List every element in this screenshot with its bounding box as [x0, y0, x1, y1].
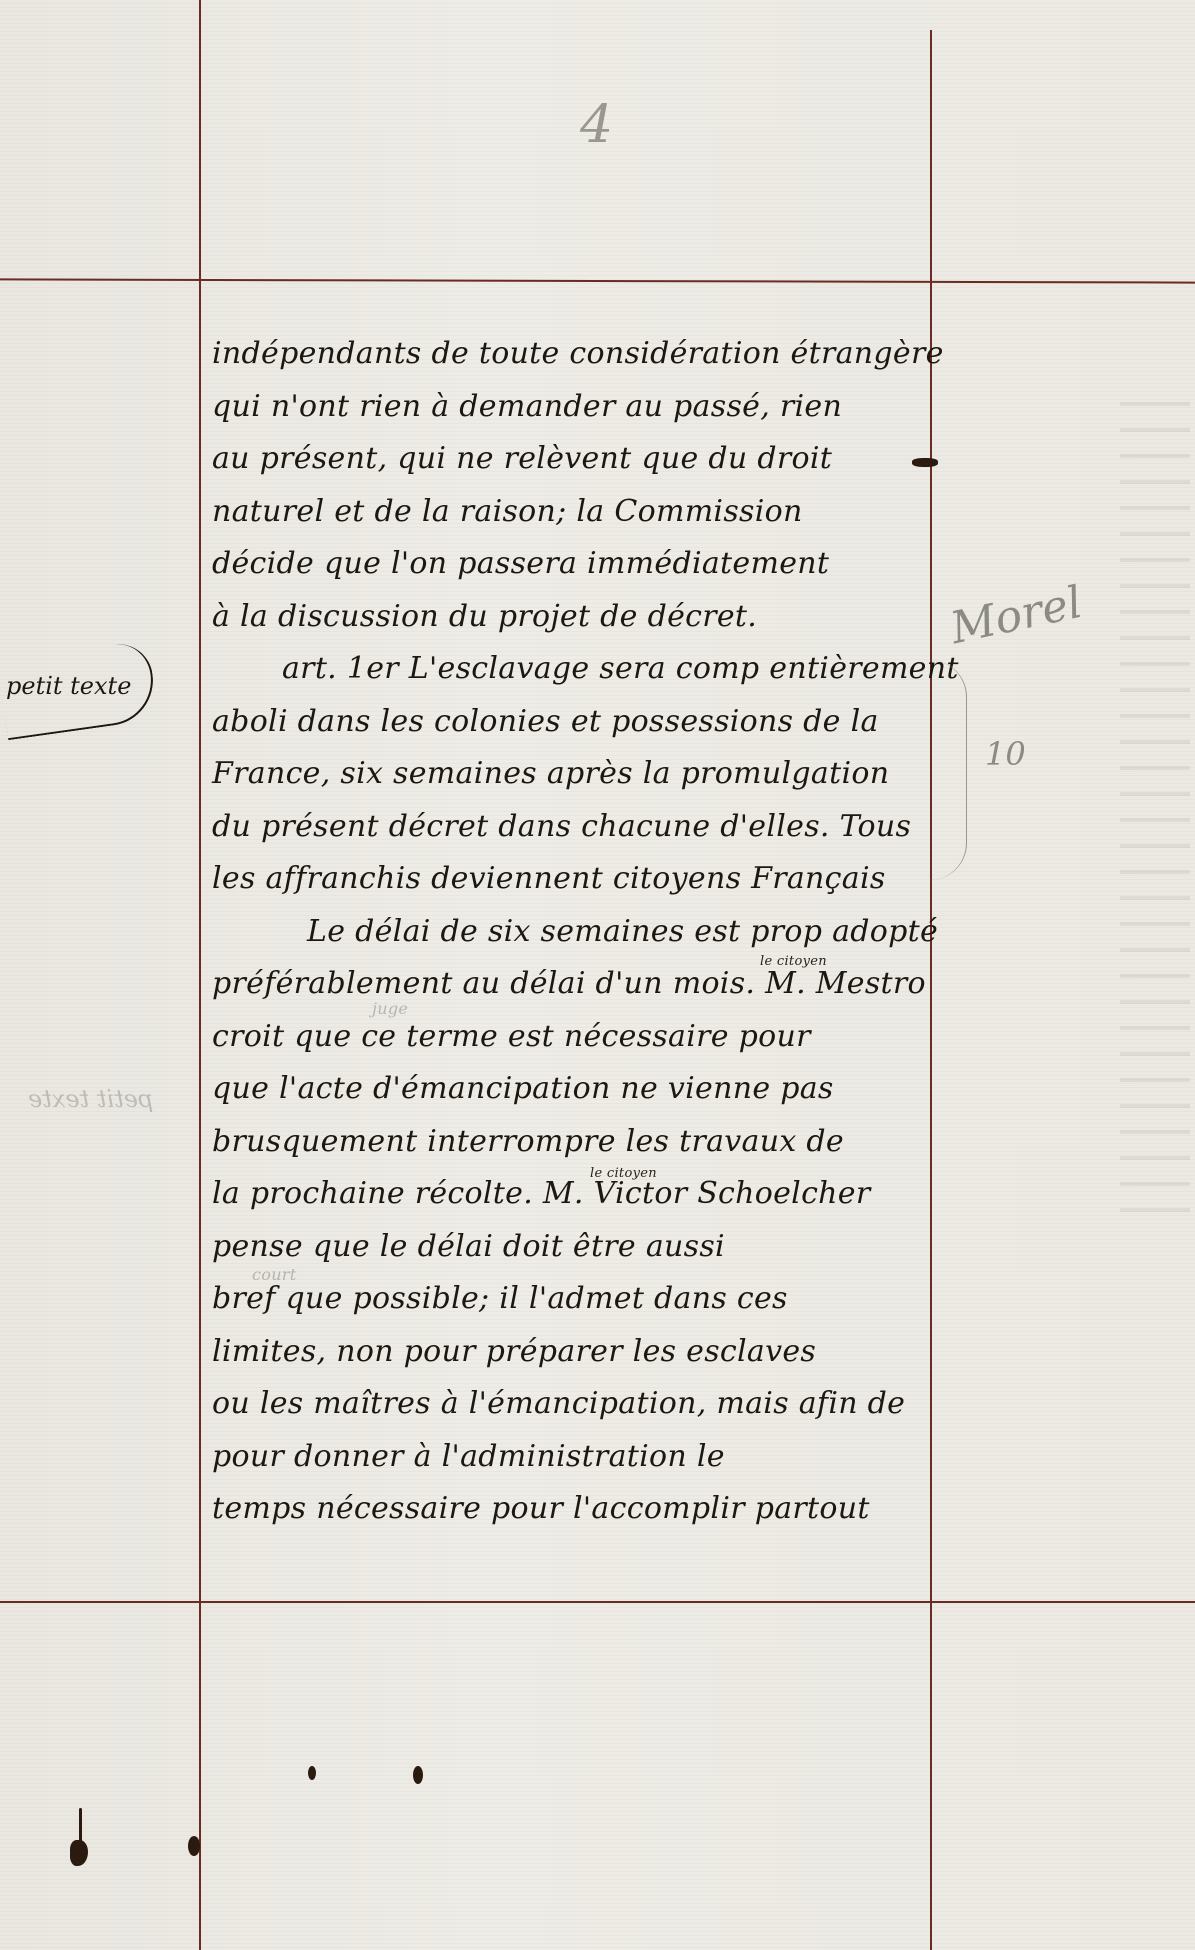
margin-note-petit-texte: petit texte — [6, 672, 131, 700]
manuscript-line: à la discussion du projet de décret. — [212, 591, 932, 644]
manuscript-line: décide que l'on passera immédiatement — [212, 538, 932, 591]
manuscript-line: indépendants de toute considération étra… — [212, 328, 932, 381]
manuscript-line: la prochaine récolte. M. Victor Schoelch… — [212, 1168, 932, 1221]
manuscript-line: temps nécessaire pour l'accomplir partou… — [212, 1483, 932, 1536]
manuscript-line: France, six semaines après la promulgati… — [212, 748, 932, 801]
margin-note-show-through: petit texte — [28, 1085, 153, 1113]
ink-blot — [413, 1766, 423, 1784]
interlinear-insertion: le citoyen — [760, 936, 827, 989]
left-margin-rule — [199, 0, 201, 1950]
manuscript-line: brusquement interrompre les travaux de — [212, 1116, 932, 1169]
manuscript-line: aboli dans les colonies et possessions d… — [212, 696, 932, 749]
manuscript-line-text: croit que ce terme est nécessaire pour — [212, 1019, 811, 1054]
manuscript-line: préférablement au délai d'un mois. M. Me… — [212, 958, 932, 1011]
ink-blot — [188, 1836, 200, 1856]
manuscript-line: au présent, qui ne relèvent que du droit — [212, 433, 932, 486]
article-heading-line: art. 1er L'esclavage sera comp entièreme… — [212, 643, 932, 696]
manuscript-line: limites, non pour préparer les esclaves — [212, 1326, 932, 1379]
manuscript-line: naturel et de la raison; la Commission — [212, 486, 932, 539]
pencil-annotation: court — [252, 1249, 296, 1302]
manuscript-line-text: bref que possible; il l'admet dans ces — [212, 1281, 788, 1316]
manuscript-line: croit que ce terme est nécessaire pour j… — [212, 1011, 932, 1064]
show-through-text — [1120, 380, 1190, 1220]
manuscript-line: ou les maîtres à l'émancipation, mais af… — [212, 1378, 932, 1431]
manuscript-line: bref que possible; il l'admet dans ces c… — [212, 1273, 932, 1326]
ink-blot — [79, 1808, 82, 1848]
ink-blot — [912, 458, 938, 467]
interlinear-insertion: le citoyen — [590, 1148, 657, 1201]
manuscript-line: les affranchis deviennent citoyens Franç… — [212, 853, 932, 906]
bottom-rule — [0, 1601, 1195, 1603]
manuscript-body: indépendants de toute considération étra… — [212, 328, 932, 1536]
margin-note-number: 10 — [985, 735, 1026, 773]
page-number: 4 — [580, 95, 613, 155]
manuscript-line: que l'acte d'émancipation ne vienne pas — [212, 1063, 932, 1116]
ink-blot — [308, 1766, 316, 1780]
pencil-annotation: juge — [372, 983, 408, 1036]
manuscript-line: pense que le délai doit être aussi — [212, 1221, 932, 1274]
manuscript-line-text: la prochaine récolte. M. Victor Schoelch… — [212, 1176, 871, 1211]
manuscript-line: pour donner à l'administration le — [212, 1431, 932, 1484]
manuscript-line: du présent décret dans chacune d'elles. … — [212, 801, 932, 854]
pencil-bracket — [930, 660, 967, 880]
manuscript-line: qui n'ont rien à demander au passé, rien — [212, 381, 932, 434]
